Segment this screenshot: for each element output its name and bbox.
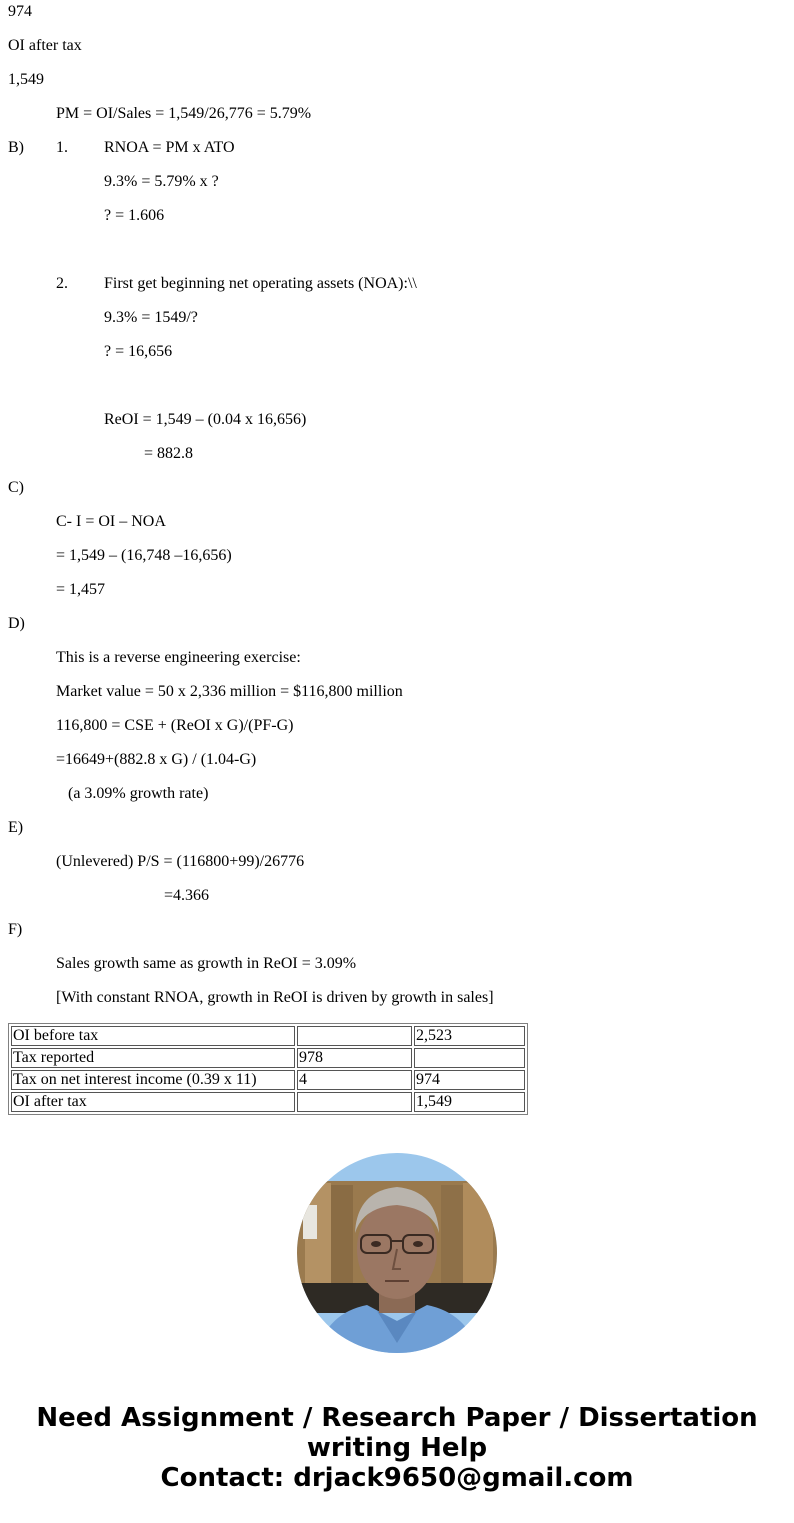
table-cell: OI after tax <box>11 1092 295 1112</box>
text-line: ? = 16,656 <box>104 340 172 364</box>
table-row: OI after tax 1,549 <box>11 1092 525 1112</box>
text-line: Market value = 50 x 2,336 million = $116… <box>56 680 403 704</box>
table-cell: 2,523 <box>414 1026 525 1046</box>
text-line: = 882.8 <box>144 442 193 466</box>
item-number: 2. <box>56 272 68 296</box>
oi-calculation-table: OI before tax 2,523 Tax reported 978 Tax… <box>8 1023 528 1115</box>
text-line: 116,800 = CSE + (ReOI x G)/(PF-G) <box>56 714 293 738</box>
text-line: C- I = OI – NOA <box>56 510 166 534</box>
text-line: First get beginning net operating assets… <box>104 272 417 296</box>
text-line: This is a reverse engineering exercise: <box>56 646 301 670</box>
promo-line: writing Help <box>0 1433 794 1463</box>
text-line: =4.366 <box>164 884 209 908</box>
table-cell: 974 <box>414 1070 525 1090</box>
section-label-c: C) <box>8 476 24 500</box>
portrait-icon <box>297 1153 497 1353</box>
text-line: ? = 1.606 <box>104 204 164 228</box>
profit-margin-formula: PM = OI/Sales = 1,549/26,776 = 5.79% <box>56 102 311 126</box>
text-line: 1,549 <box>8 68 44 92</box>
text-line: OI after tax <box>8 34 82 58</box>
text-line: (Unlevered) P/S = (116800+99)/26776 <box>56 850 304 874</box>
author-photo <box>297 1153 497 1353</box>
rnoa-formula: RNOA = PM x ATO <box>104 136 235 160</box>
item-number: 1. <box>56 136 68 160</box>
text-line: [With constant RNOA, growth in ReOI is d… <box>56 986 494 1010</box>
section-label-b: B) <box>8 136 24 160</box>
table-cell: Tax on net interest income (0.39 x 11) <box>11 1070 295 1090</box>
table-row: OI before tax 2,523 <box>11 1026 525 1046</box>
text-line: = 1,549 – (16,748 –16,656) <box>56 544 232 568</box>
text-line: (a 3.09% growth rate) <box>68 782 208 806</box>
contact-email: Contact: drjack9650@gmail.com <box>0 1463 794 1493</box>
text-line: =16649+(882.8 x G) / (1.04-G) <box>56 748 256 772</box>
table-cell: 4 <box>297 1070 412 1090</box>
table-cell: Tax reported <box>11 1048 295 1068</box>
table-cell: 1,549 <box>414 1092 525 1112</box>
section-label-e: E) <box>8 816 23 840</box>
table-row: Tax reported 978 <box>11 1048 525 1068</box>
promo-line: Need Assignment / Research Paper / Disse… <box>0 1403 794 1433</box>
table-cell: OI before tax <box>11 1026 295 1046</box>
section-label-f: F) <box>8 918 22 942</box>
text-line: 9.3% = 1549/? <box>104 306 198 330</box>
table-cell <box>297 1092 412 1112</box>
text-line: = 1,457 <box>56 578 105 602</box>
text-line: Sales growth same as growth in ReOI = 3.… <box>56 952 356 976</box>
text-line: 9.3% = 5.79% x ? <box>104 170 219 194</box>
section-label-d: D) <box>8 612 25 636</box>
table-row: Tax on net interest income (0.39 x 11) 4… <box>11 1070 525 1090</box>
table-cell: 978 <box>297 1048 412 1068</box>
text-line: 974 <box>8 0 32 24</box>
promo-banner: Need Assignment / Research Paper / Disse… <box>0 1403 794 1493</box>
table-cell <box>414 1048 525 1068</box>
reoi-formula: ReOI = 1,549 – (0.04 x 16,656) <box>104 408 306 432</box>
table-cell <box>297 1026 412 1046</box>
